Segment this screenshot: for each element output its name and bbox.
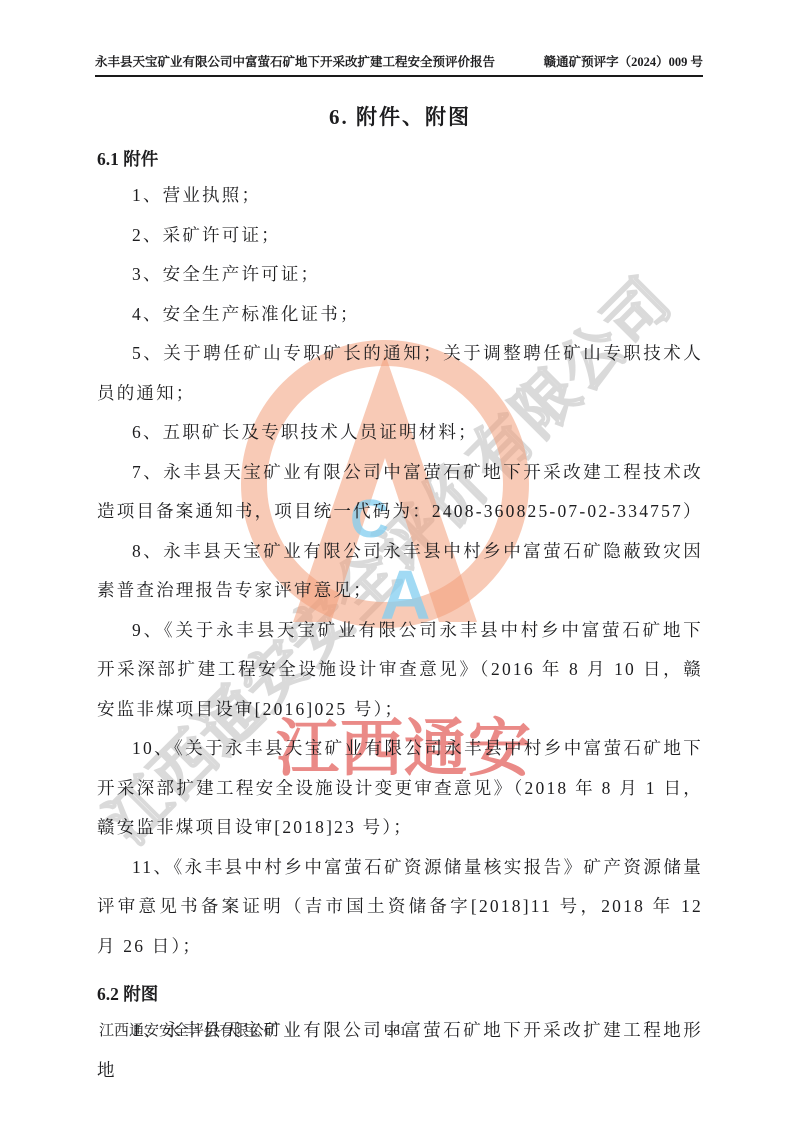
list-item: 9、《关于永丰县天宝矿业有限公司永丰县中村乡中富萤石矿地下开采深部扩建工程安全设… [97, 611, 703, 730]
section-heading-6-2: 6.2 附图 [97, 982, 703, 1006]
section-heading-6-1: 6.1 附件 [97, 147, 703, 171]
document-page: 江西通安安全评价有限公司 C A 江西通安 永丰县天宝矿业有限公司中富萤石矿地下… [0, 0, 793, 1122]
list-item: 5、关于聘任矿山专职矿长的通知；关于调整聘任矿山专职技术人员的通知； [97, 334, 703, 413]
list-item: 4、安全生产标准化证书； [97, 295, 703, 335]
chapter-title: 6. 附件、附图 [97, 103, 703, 131]
list-item: 7、永丰县天宝矿业有限公司中富萤石矿地下开采改建工程技术改造项目备案通知书，项目… [97, 453, 703, 532]
document-body: 6. 附件、附图 6.1 附件 1、营业执照； 2、采矿许可证； 3、安全生产许… [97, 0, 703, 1090]
list-item: 10、《关于永丰县天宝矿业有限公司永丰县中村乡中富萤石矿地下开采深部扩建工程安全… [97, 729, 703, 848]
list-item: 6、五职矿长及专职技术人员证明材料； [97, 413, 703, 453]
section-6-1-paragraphs: 1、营业执照； 2、采矿许可证； 3、安全生产许可证； 4、安全生产标准化证书；… [97, 176, 703, 966]
list-item: 11、《永丰县中村乡中富萤石矿资源储量核实报告》矿产资源储量评审意见书备案证明（… [97, 848, 703, 967]
list-item: 1、营业执照； [97, 176, 703, 216]
list-item: 8、永丰县天宝矿业有限公司永丰县中村乡中富萤石矿隐蔽致灾因素普查治理报告专家评审… [97, 532, 703, 611]
document-content: 永丰县天宝矿业有限公司中富萤石矿地下开采改扩建工程安全预评价报告 赣通矿预评字（… [0, 0, 793, 1122]
list-item: 2、采矿许可证； [97, 216, 703, 256]
footer-page-number: 261 [0, 1022, 793, 1040]
list-item: 3、安全生产许可证； [97, 255, 703, 295]
